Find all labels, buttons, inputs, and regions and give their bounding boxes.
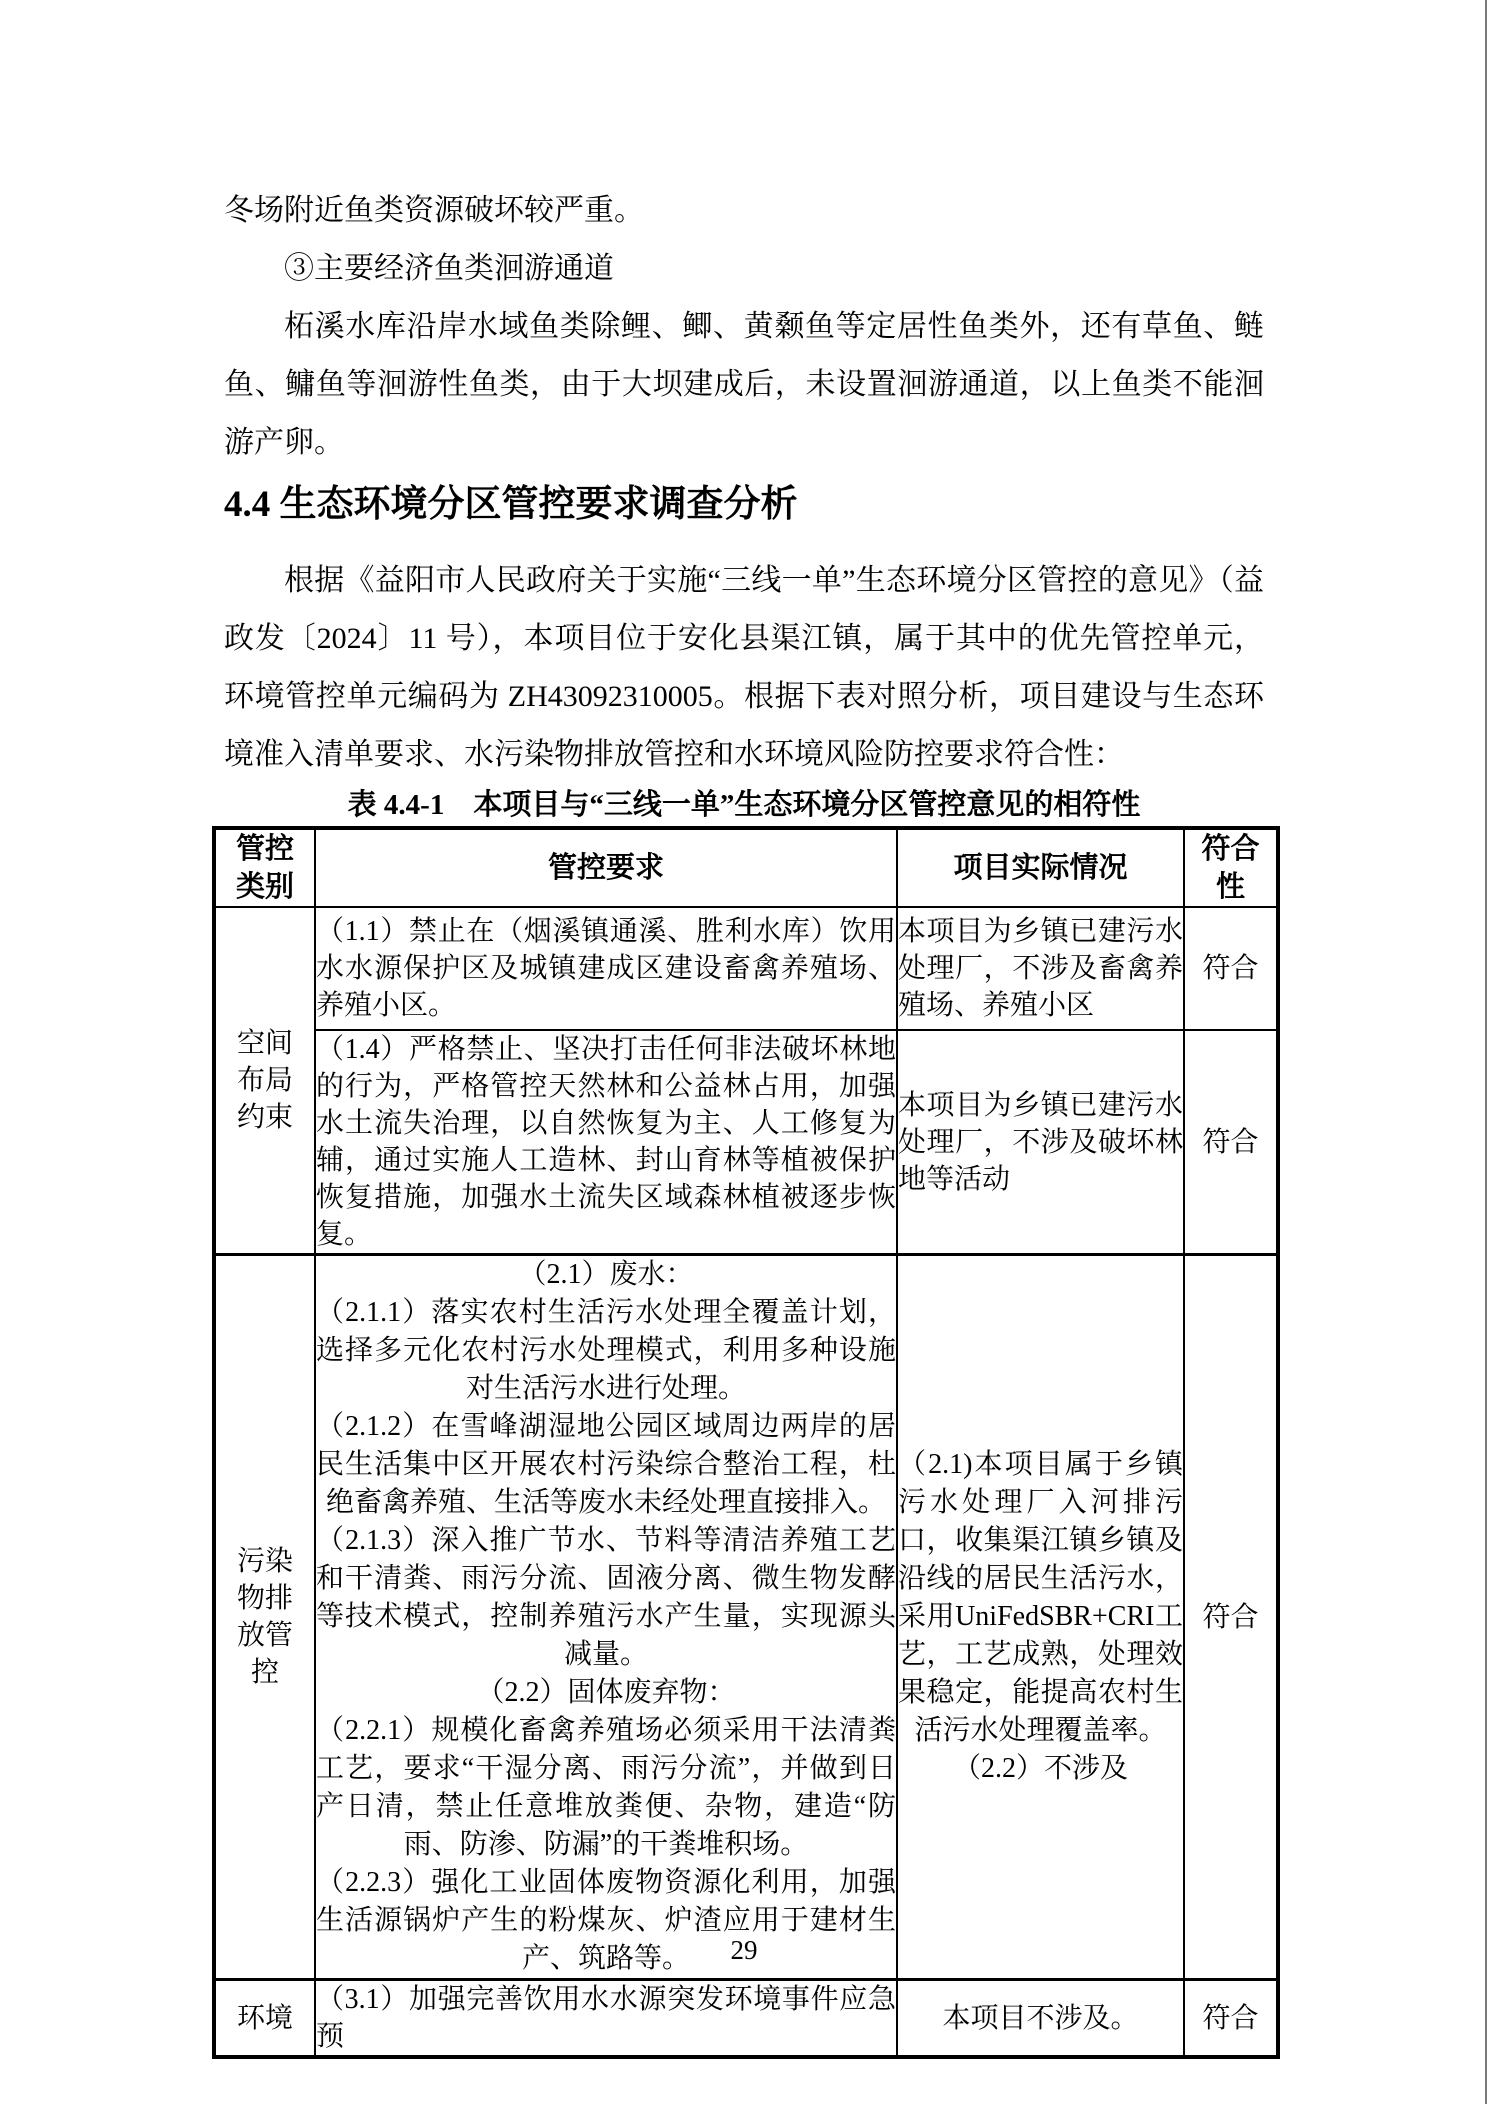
conformity-cell: 符合 (1184, 1255, 1278, 1980)
requirement-cell: （3.1）加强完善饮用水水源突发环境事件应急预 (315, 1980, 897, 2058)
actual-situation-cell: （2.1)本项目属于乡镇污水处理厂入河排污口，收集渠江镇乡镇及沿线的居民生活污水… (897, 1255, 1184, 1980)
header-conformity: 符合性 (1184, 828, 1278, 907)
table-row: （1.4）严格禁止、坚决打击任何非法破坏林地的行为，严格管控天然林和公益林占用，… (214, 1030, 1278, 1255)
actual-situation-cell: 本项目为乡镇已建污水处理厂，不涉及破坏林地等活动 (897, 1030, 1184, 1255)
body-paragraph: 柘溪水库沿岸水域鱼类除鲤、鲫、黄颡鱼等定居性鱼类外，还有草鱼、鲢鱼、鳙鱼等洄游性… (212, 298, 1276, 472)
category-cell: 环境 (214, 1980, 315, 2058)
conformity-cell: 符合 (1184, 1030, 1278, 1255)
table-row: 污染物排放管控 （2.1）废水： （2.1.1）落实农村生活污水处理全覆盖计划，… (214, 1255, 1278, 1980)
requirement-cell: （1.4）严格禁止、坚决打击任何非法破坏林地的行为，严格管控天然林和公益林占用，… (315, 1030, 897, 1255)
category-cell: 污染物排放管控 (214, 1255, 315, 1980)
table-caption: 表 4.4-1 本项目与“三线一单”生态环境分区管控意见的相符性 (212, 784, 1276, 826)
body-paragraph: ③主要经济鱼类洄游通道 (212, 240, 1276, 298)
document-page: 冬场附近鱼类资源破坏较严重。 ③主要经济鱼类洄游通道 柘溪水库沿岸水域鱼类除鲤、… (0, 0, 1488, 2104)
conformity-cell: 符合 (1184, 907, 1278, 1030)
actual-situation-cell: 本项目不涉及。 (897, 1980, 1184, 2058)
header-category: 管控类别 (214, 828, 315, 907)
header-requirement: 管控要求 (315, 828, 897, 907)
header-actual: 项目实际情况 (897, 828, 1184, 907)
requirement-cell: （1.1）禁止在（烟溪镇通溪、胜利水库）饮用水水源保护区及城镇建成区建设畜禽养殖… (315, 907, 897, 1030)
page-number: 29 (0, 1926, 1488, 1974)
page-content: 冬场附近鱼类资源破坏较严重。 ③主要经济鱼类洄游通道 柘溪水库沿岸水域鱼类除鲤、… (212, 0, 1276, 2059)
body-paragraph: 冬场附近鱼类资源破坏较严重。 (212, 182, 1276, 240)
compliance-table: 管控类别 管控要求 项目实际情况 符合性 空间布局约束 （1.1）禁止在（烟溪镇… (212, 826, 1280, 2059)
body-paragraph: 根据《益阳市人民政府关于实施“三线一单”生态环境分区管控的意见》（益政发〔202… (212, 552, 1276, 784)
table-row: 空间布局约束 （1.1）禁止在（烟溪镇通溪、胜利水库）饮用水水源保护区及城镇建成… (214, 907, 1278, 1030)
table-row: 环境 （3.1）加强完善饮用水水源突发环境事件应急预 本项目不涉及。 符合 (214, 1980, 1278, 2058)
requirement-cell: （2.1）废水： （2.1.1）落实农村生活污水处理全覆盖计划，选择多元化农村污… (315, 1255, 897, 1980)
section-heading: 4.4 生态环境分区管控要求调查分析 (212, 472, 1276, 537)
page-edge-divider (1485, 0, 1487, 2104)
conformity-cell: 符合 (1184, 1980, 1278, 2058)
table-header-row: 管控类别 管控要求 项目实际情况 符合性 (214, 828, 1278, 907)
category-cell: 空间布局约束 (214, 907, 315, 1255)
actual-situation-cell: 本项目为乡镇已建污水处理厂，不涉及畜禽养殖场、养殖小区 (897, 907, 1184, 1030)
